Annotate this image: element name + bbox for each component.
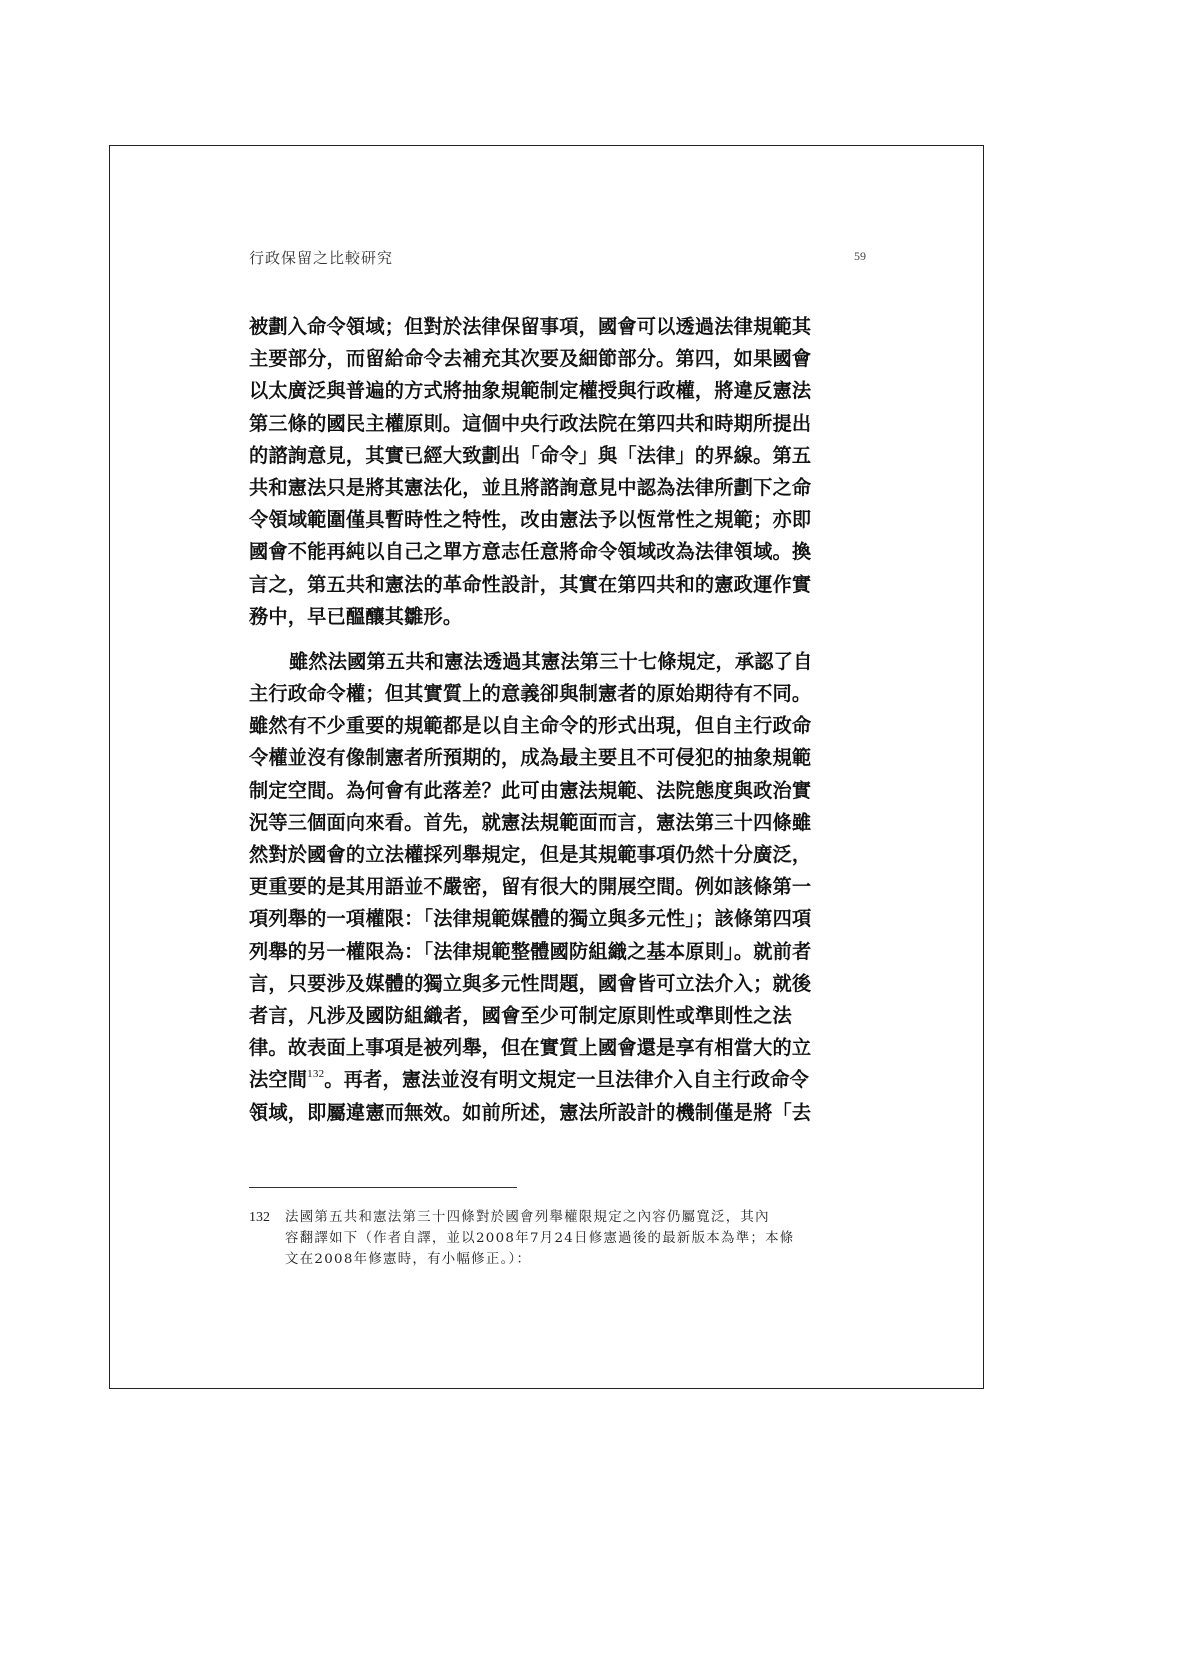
text-line: 以太廣泛與普遍的方式將抽象規範制定權授與行政權，將違反憲法: [249, 375, 869, 407]
text-line-with-footnote: 法空間132。再者，憲法並沒有明文規定一旦法律介入自主行政命令: [249, 1064, 869, 1096]
footnote-reference[interactable]: 132: [307, 1068, 324, 1080]
paragraph-1: 被劃入命令領域；但對於法律保留事項，國會可以透過法律規範其 主要部分，而留給命令…: [249, 311, 869, 633]
text-line: 共和憲法只是將其憲法化，並且將諮詢意見中認為法律所劃下之命: [249, 472, 869, 504]
text-line: 雖然有不少重要的規範都是以自主命令的形式出現，但自主行政命: [249, 710, 869, 742]
running-head: 行政保留之比較研究 59: [249, 247, 866, 269]
text-line: 的諮詢意見，其實已經大致劃出「命令」與「法律」的界線。第五: [249, 440, 869, 472]
text-line: 領域，即屬違憲而無效。如前所述，憲法所設計的機制僅是將「去: [249, 1097, 869, 1129]
text-line: 律。故表面上事項是被列舉，但在實質上國會還是享有相當大的立: [249, 1032, 869, 1064]
text-line: 主行政命令權；但其實質上的意義卻與制憲者的原始期待有不同。: [249, 678, 869, 710]
text-line: 制定空間。為何會有此落差？此可由憲法規範、法院態度與政治實: [249, 775, 869, 807]
footnote-line: 容翻譯如下（作者自譯，並以2008年7月24日修憲過後的最新版本為準；本條: [285, 1228, 869, 1249]
text-line: 言，只要涉及媒體的獨立與多元性問題，國會皆可立法介入；就後: [249, 968, 869, 1000]
text-line: 者言，凡涉及國防組織者，國會至少可制定原則性或準則性之法: [249, 1000, 869, 1032]
footnote-line: 文在2008年修憲時，有小幅修正。）：: [285, 1249, 869, 1270]
text-line: 令領域範圍僅具暫時性之特性，改由憲法予以恆常性之規範；亦即: [249, 504, 869, 536]
book-title: 行政保留之比較研究: [249, 247, 393, 268]
text-line: 國會不能再純以自己之單方意志任意將命令領域改為法律領域。換: [249, 536, 869, 568]
text-line: 主要部分，而留給命令去補充其次要及細節部分。第四，如果國會: [249, 343, 869, 375]
paragraph-2: 雖然法國第五共和憲法透過其憲法第三十七條規定，承認了自 主行政命令權；但其實質上…: [249, 646, 869, 1129]
footnote-divider: [249, 1187, 517, 1188]
text-line: 然對於國會的立法權採列舉規定，但是其規範事項仍然十分廣泛，: [249, 839, 869, 871]
footnote-number: 132: [249, 1207, 270, 1228]
paragraph-spacer: [249, 633, 869, 646]
page-number: 59: [854, 249, 866, 264]
text-line: 令權並沒有像制憲者所預期的，成為最主要且不可侵犯的抽象規範: [249, 742, 869, 774]
text-line: 雖然法國第五共和憲法透過其憲法第三十七條規定，承認了自: [249, 646, 869, 678]
text-fragment: 法空間: [249, 1068, 307, 1091]
text-line: 況等三個面向來看。首先，就憲法規範面而言，憲法第三十四條雖: [249, 807, 869, 839]
text-line: 第三條的國民主權原則。這個中央行政法院在第四共和時期所提出: [249, 408, 869, 440]
text-line: 列舉的另一權限為：「法律規範整體國防組織之基本原則」。就前者: [249, 936, 869, 968]
footnote-132: 132 法國第五共和憲法第三十四條對於國會列舉權限規定之內容仍屬寬泛，其內 容翻…: [249, 1207, 869, 1270]
body-text: 被劃入命令領域；但對於法律保留事項，國會可以透過法律規範其 主要部分，而留給命令…: [249, 311, 869, 1129]
footnote-line: 法國第五共和憲法第三十四條對於國會列舉權限規定之內容仍屬寬泛，其內: [285, 1207, 869, 1228]
text-line: 更重要的是其用語並不嚴密，留有很大的開展空間。例如該條第一: [249, 871, 869, 903]
text-fragment: 。再者，憲法並沒有明文規定一旦法律介入自主行政命令: [324, 1068, 809, 1091]
text-line: 言之，第五共和憲法的革命性設計，其實在第四共和的憲政運作實: [249, 569, 869, 601]
text-line: 被劃入命令領域；但對於法律保留事項，國會可以透過法律規範其: [249, 311, 869, 343]
text-line: 項列舉的一項權限：「法律規範媒體的獨立與多元性」；該條第四項: [249, 903, 869, 935]
footnote-body: 法國第五共和憲法第三十四條對於國會列舉權限規定之內容仍屬寬泛，其內 容翻譯如下（…: [285, 1207, 869, 1270]
text-line: 務中，早已醞釀其雛形。: [249, 601, 869, 633]
